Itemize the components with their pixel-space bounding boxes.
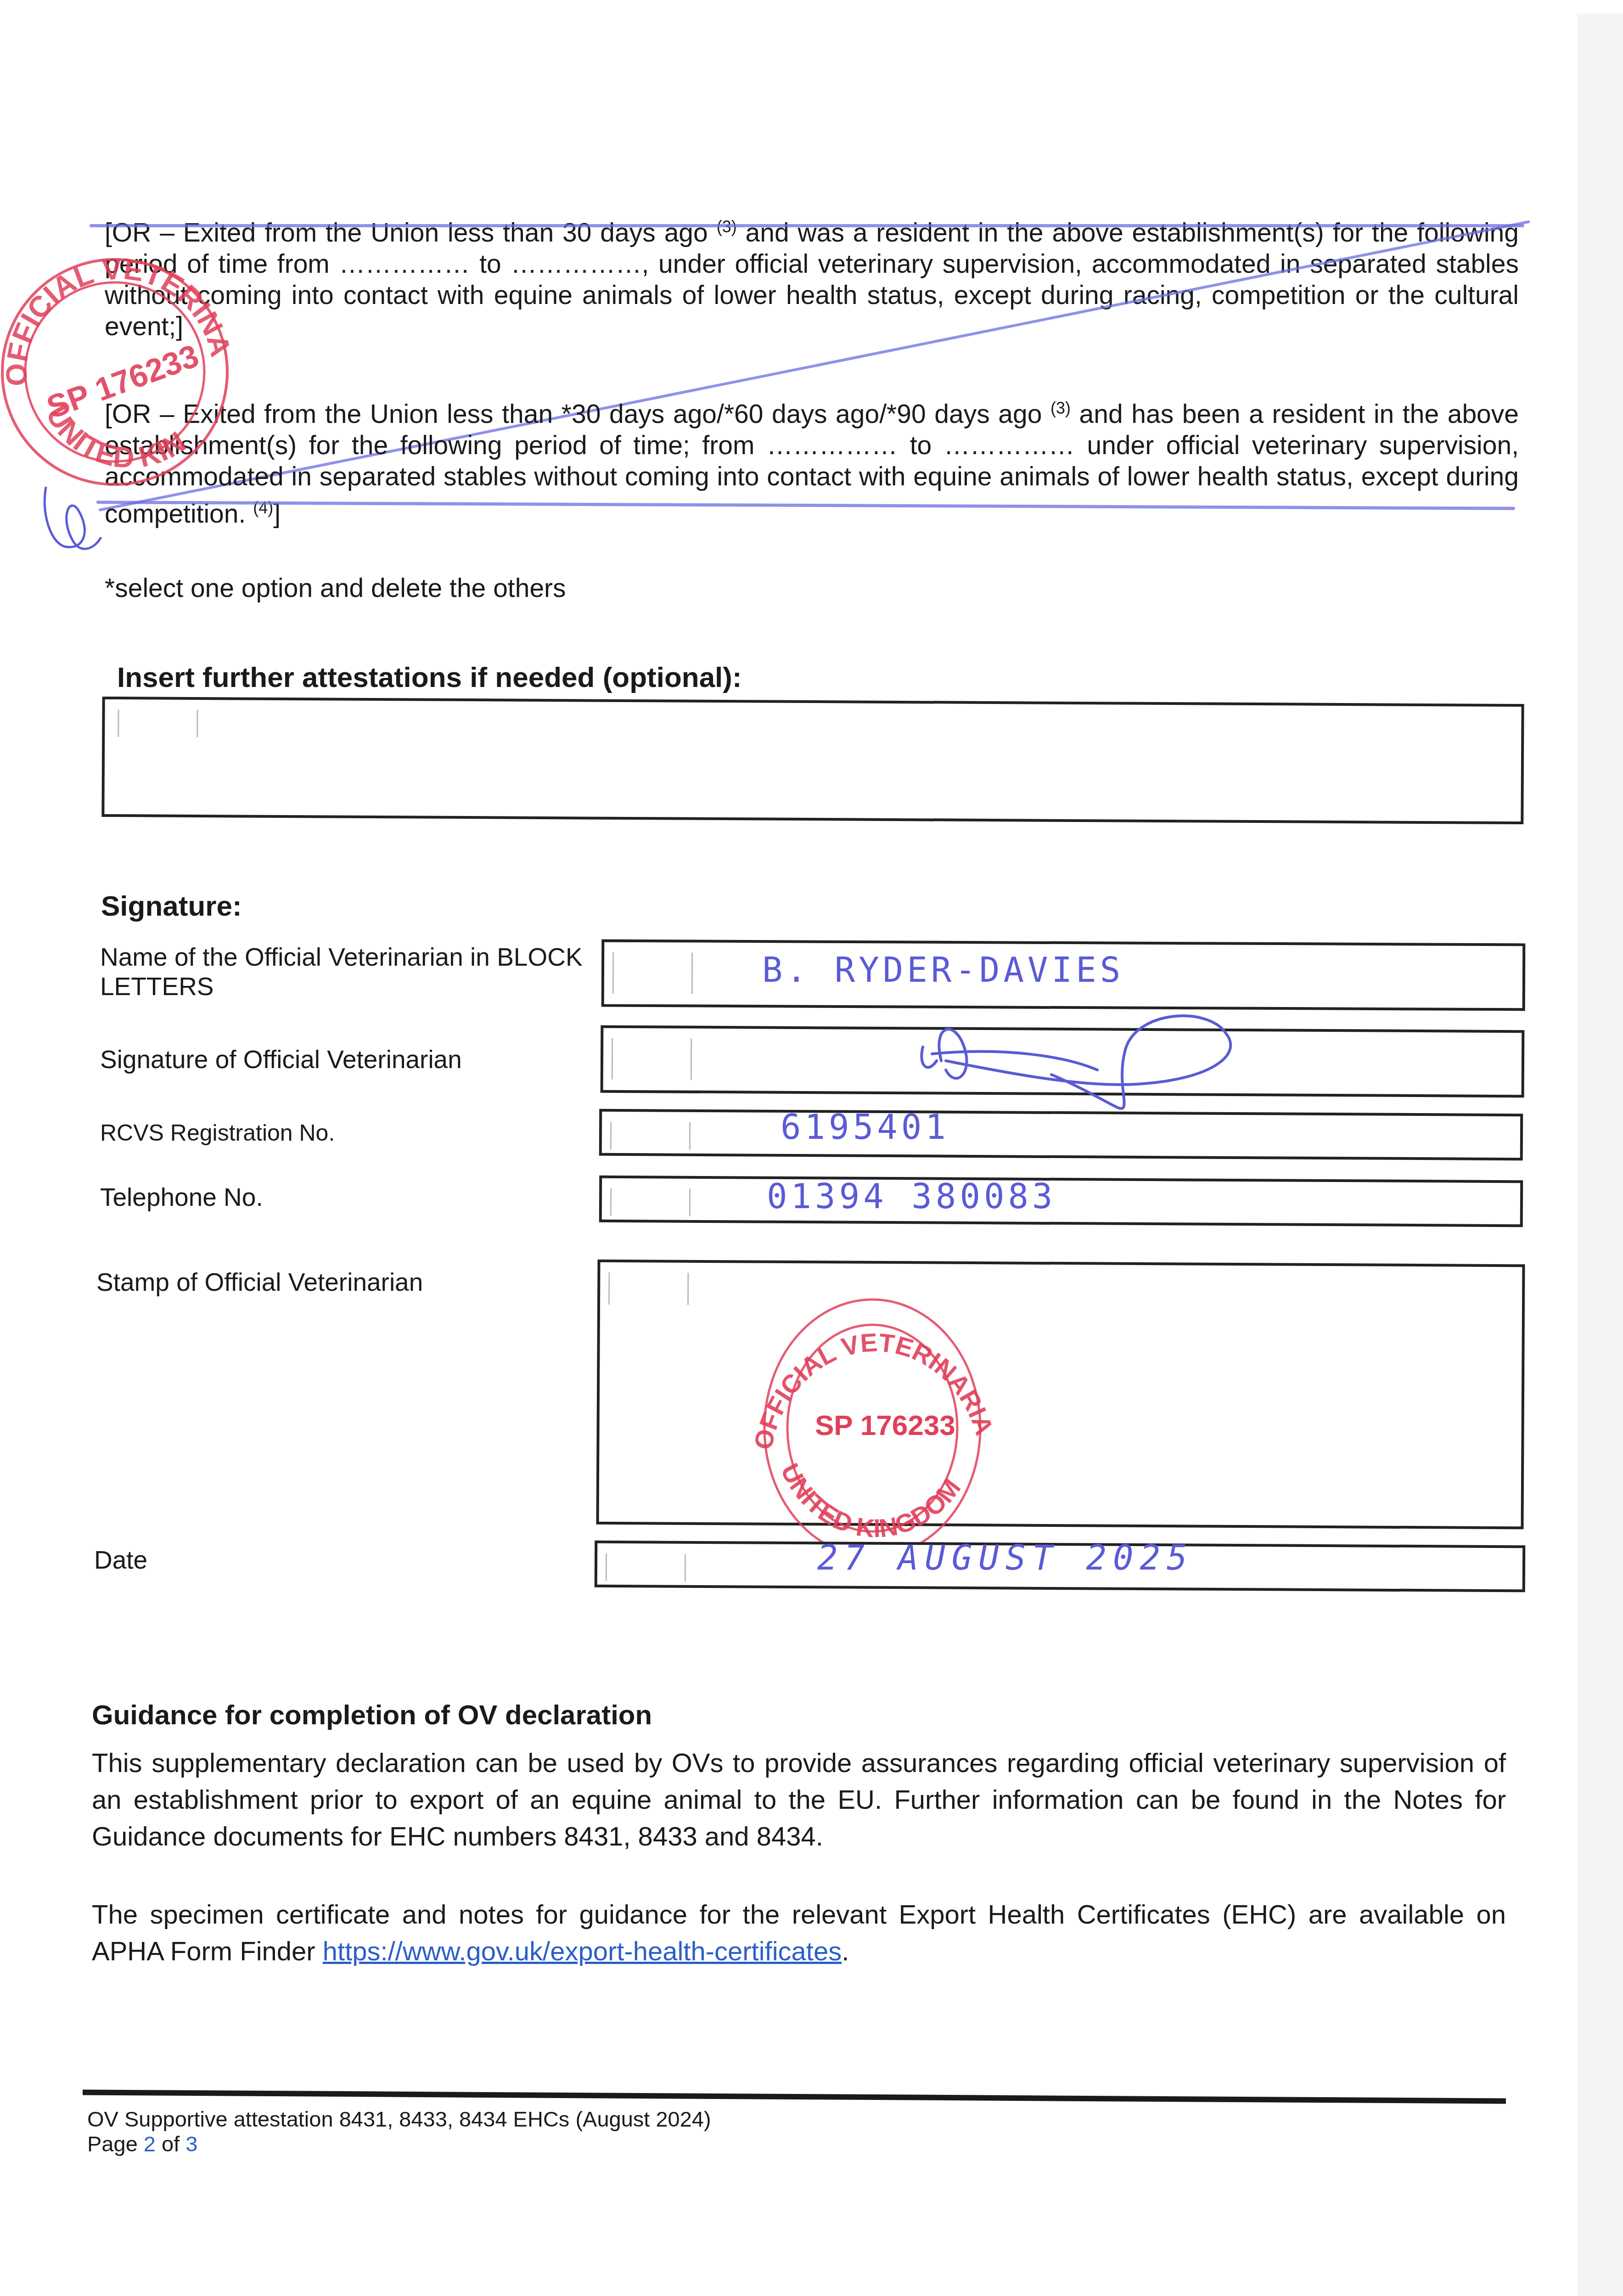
rcvs-label: RCVS Registration No. <box>100 1118 335 1148</box>
further-attestations-field[interactable] <box>101 697 1524 824</box>
rcvs-field[interactable] <box>599 1109 1523 1161</box>
further-attestations-heading: Insert further attestations if needed (o… <box>117 661 742 694</box>
period: . <box>842 1936 849 1966</box>
telephone-field[interactable] <box>599 1176 1523 1227</box>
page-label: Page <box>87 2132 138 2156</box>
footnote-ref: (3) <box>1050 399 1071 417</box>
stamp-field[interactable] <box>596 1260 1525 1530</box>
guidance-paragraph-2: The specimen certificate and notes for g… <box>92 1896 1506 1970</box>
official-stamp-top: OFFICIAL VETERINARIAN UNITED KINGDOM SP … <box>0 239 248 496</box>
footer-divider <box>83 2090 1506 2104</box>
guidance-paragraph-1: This supplementary declaration can be us… <box>92 1745 1506 1855</box>
select-note: *select one option and delete the others <box>105 573 566 603</box>
option-1-paragraph: [OR – Exited from the Union less than 30… <box>105 211 1519 342</box>
svg-text:SP 176233: SP 176233 <box>815 1410 955 1441</box>
svg-text:SP 176233: SP 176233 <box>42 338 203 425</box>
name-label: Name of the Official Veterinarian in BLO… <box>100 942 605 1001</box>
telephone-value: 01394 380083 <box>767 1177 1056 1216</box>
name-value: B. RYDER-DAVIES <box>762 951 1124 990</box>
official-stamp: OFFICIAL VETERINARIAN UNITED KINGDOM SP … <box>739 1277 1015 1570</box>
form-finder-link[interactable]: https://www.gov.uk/export-health-certifi… <box>323 1936 842 1966</box>
signature-heading: Signature: <box>101 890 242 923</box>
page-current: 2 <box>144 2132 156 2156</box>
rcvs-value: 6195401 <box>781 1108 949 1147</box>
strike-line <box>90 224 1524 227</box>
date-label: Date <box>94 1545 147 1575</box>
footer-title: OV Supportive attestation 8431, 8433, 84… <box>87 2107 711 2132</box>
page-of: of <box>162 2132 180 2156</box>
signature-label: Signature of Official Veterinarian <box>100 1045 462 1074</box>
footer: OV Supportive attestation 8431, 8433, 84… <box>87 2107 711 2156</box>
page-total: 3 <box>185 2132 197 2156</box>
telephone-label: Telephone No. <box>100 1182 263 1212</box>
date-value: 27 AUGUST 2025 <box>817 1538 1194 1578</box>
stamp-label: Stamp of Official Veterinarian <box>96 1267 423 1297</box>
page-edge-shadow <box>1577 14 1623 2296</box>
guidance-heading: Guidance for completion of OV declaratio… <box>92 1699 652 1731</box>
page-indicator: Page 2 of 3 <box>87 2132 711 2156</box>
